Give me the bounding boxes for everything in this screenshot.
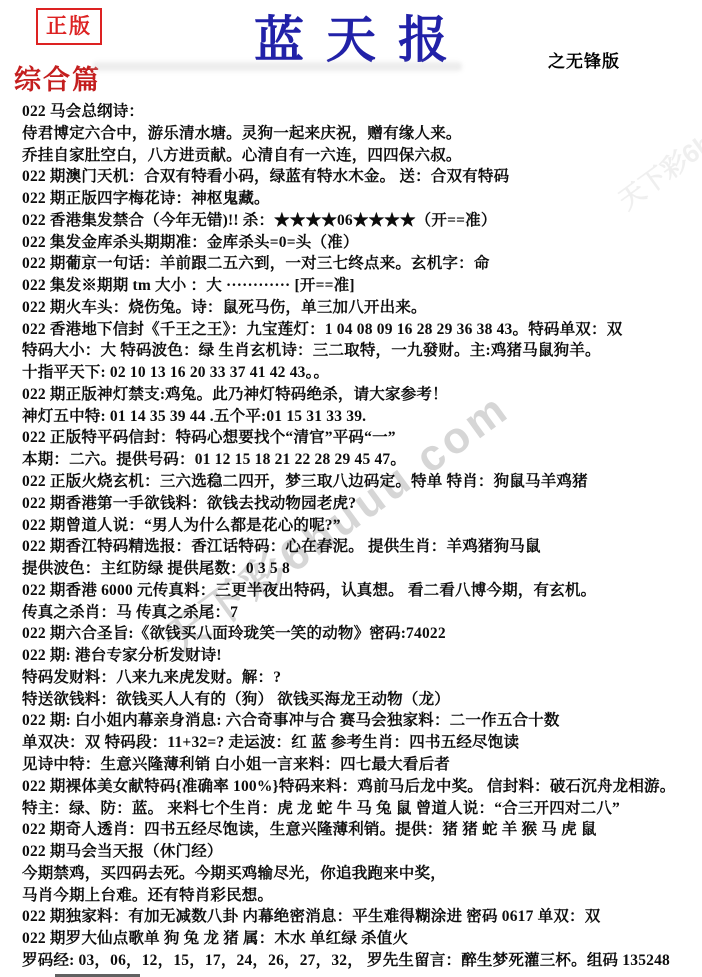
body-line: 022 期: 港台专家分析发财诗! <box>22 645 698 667</box>
body-line: 乔挂自家肚空白，八方进贡献。心清自有一六连，四四保六叔。 <box>22 145 698 167</box>
edition-label: 之无锋版 <box>548 47 620 72</box>
body-line: 022 香港集发禁合（今年无错)!! 杀：★★★★06★★★★（开==准） <box>22 210 698 232</box>
body-line: 022 期香港 6000 元传真料：三更半夜出特码，认真想。 看二看八博今期，有… <box>22 580 698 602</box>
body-line: 022 期独家料：有加无减数八卦 内幕绝密消息：平生难得糊涂进 密码 0617 … <box>22 906 698 928</box>
body-line: 提供波色：主红防绿 提供尾数：0 3 5 8 <box>22 558 698 580</box>
body-line: 特码发财料：八来九来虎发财。解：? <box>22 667 698 689</box>
body-line: 特主：绿、防：蓝。 来料七个生肖：虎 龙 蛇 牛 马 兔 鼠 曾道人说：“合三开… <box>22 798 698 820</box>
body-lines: 022 马会总纲诗：侍君博定六合中，游乐清水塘。灵狗一起来庆祝，赠有缘人来。乔挂… <box>22 101 698 972</box>
body-line: 特送欲钱料：欲钱买人人有的（狗） 欲钱买海龙王动物（龙） <box>22 689 698 711</box>
body-line: 见诗中特：生意兴隆薄利销 白小姐一言来料：四七最大看后者 <box>22 754 698 776</box>
body-line: 单双决：双 特码段：11+32=? 走运波：红 蓝 参考生肖：四书五经尽饱读 <box>22 732 698 754</box>
body-line: 022 期裸体美女献特码{准确率 100%}特码来料：鸡前马后龙中奖。 信封料：… <box>22 776 698 798</box>
body-line: 022 香港地下信封《千王之王》：九宝莲灯：1 04 08 09 16 28 2… <box>22 319 698 341</box>
body-line: 022 集发※期期 tm 大小 ：大 ············ [开==准] <box>22 275 698 297</box>
body-line: 022 期曾道人说：“男人为什么都是花心的呢?” <box>22 515 698 537</box>
body-line: 022 期马会当天报（休门经） <box>22 841 698 863</box>
body-line: 本期：二六。提供号码：01 12 15 18 21 22 28 29 45 47… <box>22 449 698 471</box>
body-line: 神灯五中特: 01 14 35 39 44 .五个平:01 15 31 33 3… <box>22 406 698 428</box>
body-line: 侍君博定六合中，游乐清水塘。灵狗一起来庆祝，赠有缘人来。 <box>22 123 698 145</box>
body-line: 022 期火车头：烧伤兔。诗：鼠死马伤，单三加八开出来。 <box>22 297 698 319</box>
body-line: 传真之杀肖：马 传真之杀尾：7 <box>22 602 698 624</box>
body-line: 022 正版特平码信封：特码心想要找个“清官”平码“一” <box>22 427 698 449</box>
body-line: 022 马会总纲诗： <box>22 101 698 123</box>
body-line: 022 期香江特码精选报：香江话特码：心在春泥。 提供生肖：羊鸡猪狗马鼠 <box>22 536 698 558</box>
body-line: 022 期正版四字梅花诗：神枢鬼藏。 <box>22 188 698 210</box>
body-line: 022 期六合圣旨:《欲钱买八面玲珑笑一笑的动物》密码:74022 <box>22 623 698 645</box>
section-title: 综合篇 <box>14 58 101 97</box>
body-line: 022 期葡京一句话：羊前跟二五六到，一对三七终点来。玄机字：命 <box>22 253 698 275</box>
newspaper-page: { "header": { "badge": "正版", "title": "蓝… <box>0 0 702 977</box>
body-line: 罗码经: 03，06，12，15，17，24，26，27，32， 罗先生留言：醉… <box>22 950 698 972</box>
body-line: 022 期正版神灯禁支:鸡兔。此乃神灯特码绝杀，请大家参考！ <box>22 384 698 406</box>
body-line: 022 期奇人透肖：四书五经尽饱读，生意兴隆薄利销。提供：猪 猪 蛇 羊 猴 马… <box>22 819 698 841</box>
body-line: 今期禁鸡，买四码去死。今期买鸡输尽光，你追我跑来中奖， <box>22 863 698 885</box>
body-line: 022 正版火烧玄机：三六选稳二四开，梦三取八边码定。特单 特肖：狗鼠马羊鸡猪 <box>22 471 698 493</box>
body-line: 马肖今期上台难。还有特肖彩民想。 <box>22 885 698 907</box>
body-line: 022 集发金库杀头期期准：金库杀头=0=头（准） <box>22 232 698 254</box>
body-line: 特码大小：大 特码波色：绿 生肖玄机诗：三二取特，一九發财。主:鸡猪马鼠狗羊。 <box>22 340 698 362</box>
body-line: 022 期罗大仙点歌单 狗 兔 龙 猪 属：木水 单红绿 杀值火 <box>22 928 698 950</box>
body-line: 022 期香港第一手欲钱料：欲钱去找动物园老虎? <box>22 493 698 515</box>
print-smudge <box>92 62 462 71</box>
body-line: 022 期澳门天机：合双有特看小码，绿蓝有特水木金。 送：合双有特码 <box>22 166 698 188</box>
body-line: 022 期: 白小姐内幕亲身消息: 六合奇事冲与合 赛马会独家料：二一作五合十数 <box>22 710 698 732</box>
body-line: 十指平天下: 02 10 13 16 20 33 37 41 42 43。。 <box>22 362 698 384</box>
